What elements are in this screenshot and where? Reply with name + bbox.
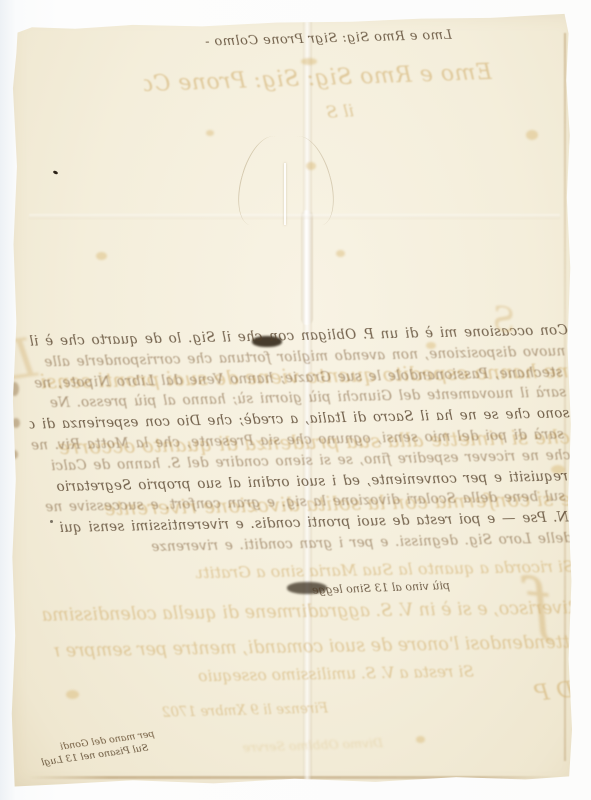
archival-corner-note: per mano del Gondi Sul Pisano nel 13 Lug… bbox=[3, 728, 157, 775]
edge-stain bbox=[11, 450, 18, 459]
lower-ghost-line: Si ricorda a quanto la Sua Maria sino a … bbox=[196, 557, 574, 583]
ghost-monogram: D P bbox=[529, 678, 575, 707]
body-text-bleedthrough: ne hanno espedito quanto viene de suoi p… bbox=[28, 320, 573, 560]
foxing-spot bbox=[306, 162, 316, 170]
scanner-background: Lmo e Rmo Sig: Sigr Prone Colmo - Emo e … bbox=[0, 0, 591, 800]
paper-bottom-edge bbox=[29, 776, 560, 779]
emboss-arc bbox=[276, 131, 343, 231]
address-line-bleedthrough: Lmo e Rmo Sig: Sigr Prone Colmo - bbox=[150, 28, 452, 51]
embossing-mark bbox=[231, 135, 341, 230]
ink-speck bbox=[53, 170, 59, 175]
lower-ghost-line: Riverisco, e si è in V. S. aggradirmene … bbox=[36, 598, 581, 626]
foxing-spot bbox=[336, 250, 345, 257]
ghost-address-flourish: il S bbox=[273, 101, 354, 127]
foxing-spot bbox=[416, 736, 425, 743]
foxing-spot bbox=[526, 130, 538, 140]
ghost-closing-line: Divmo Obblmo Servre bbox=[211, 735, 383, 756]
foxing-spot bbox=[66, 690, 79, 699]
edge-stain bbox=[12, 418, 20, 428]
lower-ghost-line: Attendendosi l'onore de suoi comandi, me… bbox=[54, 632, 582, 661]
manuscript-paper: Lmo e Rmo Sig: Sigr Prone Colmo - Emo e … bbox=[6, 10, 583, 792]
foxing-spot bbox=[96, 252, 107, 260]
foxing-spot bbox=[301, 58, 317, 65]
foxing-spot bbox=[206, 130, 214, 136]
ghost-date-line: Firenze li 9 Xmbre 1702 bbox=[136, 700, 328, 721]
lower-ghost-line: Si resta a V. S. umilissimo ossequio bbox=[171, 662, 501, 686]
emboss-stem bbox=[284, 163, 286, 225]
edge-stain bbox=[568, 24, 577, 144]
ghost-address-bleedthrough: Emo e Rmo Sig: Sig: Prone Colmo bbox=[144, 60, 493, 97]
